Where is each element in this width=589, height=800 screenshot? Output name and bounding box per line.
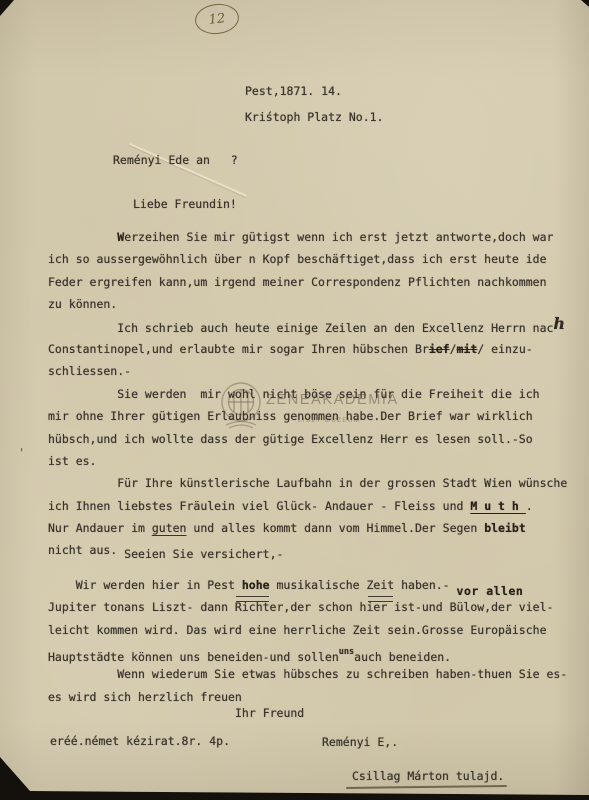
paper-crease bbox=[129, 143, 247, 196]
text-line: Wir werden hier in Pest hohe musikalisch… bbox=[48, 574, 567, 596]
text-line: ist es. bbox=[48, 450, 567, 472]
text-segment: es wird sich herzlich freuen bbox=[48, 690, 242, 704]
text-segment: schliessen.- bbox=[48, 364, 131, 378]
text-segment bbox=[48, 230, 117, 244]
closing-line: Ihr Freund bbox=[235, 706, 304, 720]
text-segment: . bbox=[526, 499, 533, 513]
salutation: Liebe Freundin! bbox=[133, 197, 237, 211]
text-segment: M u t h bbox=[470, 499, 525, 513]
text-segment: ist es. bbox=[48, 454, 96, 468]
text-line: hübsch,und ich wollte dass der gütige Ex… bbox=[48, 428, 567, 450]
text-line: schliessen.- bbox=[48, 360, 567, 382]
text-segment: hohe bbox=[235, 574, 270, 596]
text-segment: uns bbox=[339, 647, 354, 657]
text-segment: nicht aus. bbox=[48, 543, 124, 557]
ownership-note: Csillag Márton tulajd. bbox=[352, 769, 504, 783]
scanned-letter-page: { "page": { "stamp_number": "12" }, "col… bbox=[0, 0, 589, 800]
text-segment: guten bbox=[152, 521, 187, 535]
address-line: Kriśtoph Platz No.1. bbox=[245, 104, 383, 130]
text-segment: / einzu- bbox=[477, 342, 532, 356]
text-segment: Jupiter tonans Liszt- dann Richter,der s… bbox=[48, 600, 553, 614]
text-line: zu können. bbox=[48, 293, 567, 315]
text-segment: vor allen bbox=[457, 580, 524, 602]
text-segment: haben.- bbox=[394, 578, 456, 592]
text-segment: und alles kommt dann vom Himmel.Der Sege… bbox=[186, 521, 484, 535]
text-line: Feder ergreifen kann,um irgend meiner Co… bbox=[48, 271, 567, 293]
letter-body: Werzeihen Sie mir gütigst wenn ich erst … bbox=[48, 226, 567, 708]
dateline: Pest,1871. 14. bbox=[245, 78, 383, 104]
text-segment: Wir werden hier in Pest bbox=[48, 578, 235, 592]
text-segment: h bbox=[553, 314, 565, 333]
signature: Reményi E,. bbox=[322, 735, 398, 749]
text-segment: Für Ihre künstlerische Laufbahn in der g… bbox=[48, 476, 567, 490]
text-line: Werzeihen Sie mir gütigst wenn ich erst … bbox=[48, 226, 567, 248]
addressee-line: Reményi Ede an ? bbox=[113, 153, 238, 167]
text-line: nicht aus. Seeien Sie versichert,- bbox=[48, 539, 567, 561]
text-segment: zu können. bbox=[48, 297, 117, 311]
text-segment: Zeit bbox=[367, 574, 395, 596]
text-segment: Ich schrieb auch heute einige Zeilen an … bbox=[48, 321, 553, 335]
text-segment: Nur Andauer im bbox=[48, 521, 152, 535]
text-segment: ief bbox=[429, 342, 450, 356]
text-line: ich Ihnen liebstes Fräulein viel Glück- … bbox=[48, 495, 567, 517]
text-segment: Feder ergreifen kann,um irgend meiner Co… bbox=[48, 275, 547, 289]
text-line: Hauptstädte können uns beneiden-und soll… bbox=[48, 641, 567, 663]
text-segment: mit bbox=[457, 342, 478, 356]
text-segment: / bbox=[450, 342, 457, 356]
text-line: Sie werden mir wohl nicht böse sein für … bbox=[48, 383, 567, 405]
text-line: es wird sich herzlich freuen bbox=[48, 686, 567, 708]
text-segment: bleibt bbox=[484, 521, 526, 535]
margin-pencil-mark: ' bbox=[20, 446, 23, 460]
text-segment: ich Ihnen liebstes Fräulein viel Glück- … bbox=[48, 499, 470, 513]
text-line: leicht kommen wird. Das wird eine herrli… bbox=[48, 619, 567, 641]
text-segment: hübsch,und ich wollte dass der gütige Ex… bbox=[48, 432, 533, 446]
text-segment: Seeien Sie versichert,- bbox=[124, 543, 283, 565]
text-segment: Sie werden mir wohl nicht böse sein für … bbox=[48, 387, 540, 401]
text-line: mir ohne Ihrer gütigen Erlaubniss genomm… bbox=[48, 405, 567, 427]
archival-note: eréé.német kézirat.8r. 4p. bbox=[50, 734, 230, 748]
letter-heading: Pest,1871. 14. Kriśtoph Platz No.1. bbox=[245, 78, 383, 130]
text-line: Wenn wiederum Sie etwas hübsches zu schr… bbox=[48, 663, 567, 685]
page-number: 12 bbox=[208, 11, 226, 28]
text-segment: erzeihen Sie mir gütigst wenn ich erst j… bbox=[124, 230, 553, 244]
text-line: Ich schrieb auch heute einige Zeilen an … bbox=[48, 316, 567, 338]
text-segment: leicht kommen wird. Das wird eine herrli… bbox=[48, 623, 547, 637]
text-segment: Hauptstädte können uns beneiden-und soll… bbox=[48, 650, 339, 664]
text-line: Nur Andauer im guten und alles kommt dan… bbox=[48, 517, 567, 539]
text-line: Für Ihre künstlerische Laufbahn in der g… bbox=[48, 472, 567, 494]
text-line: ich so aussergewöhnlich über n Kopf besc… bbox=[48, 248, 567, 270]
text-segment: musikalische bbox=[270, 578, 367, 592]
page-number-stamp: 12 bbox=[194, 2, 241, 36]
text-segment: Wenn wiederum Sie etwas hübsches zu schr… bbox=[48, 667, 567, 681]
text-line: Constantinopel,und erlaubte mir sogar Ih… bbox=[48, 338, 567, 360]
text-segment: Constantinopel,und erlaubte mir sogar Ih… bbox=[48, 342, 429, 356]
text-segment: ich so aussergewöhnlich über n Kopf besc… bbox=[48, 252, 547, 266]
text-segment: mir ohne Ihrer gütigen Erlaubniss genomm… bbox=[48, 409, 533, 423]
paper-sheet: 12 ZENEAKADÉMIA LISZT MÚZEUM ' Pest,1871… bbox=[0, 0, 589, 800]
text-segment: auch beneiden. bbox=[354, 650, 451, 664]
